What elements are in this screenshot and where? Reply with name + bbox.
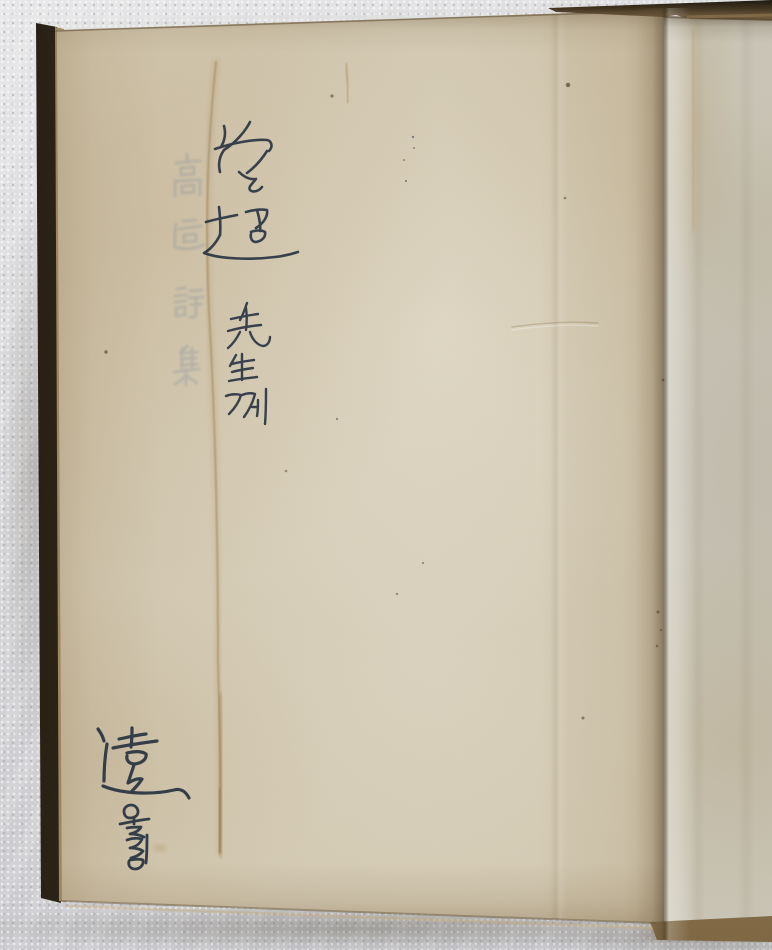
stroke xyxy=(177,288,185,289)
speck xyxy=(662,379,665,382)
stroke xyxy=(181,364,197,365)
speck xyxy=(104,350,107,353)
stain-smudge xyxy=(153,844,167,852)
speck xyxy=(564,197,567,200)
speck xyxy=(660,629,662,631)
stroke xyxy=(265,389,266,424)
stroke xyxy=(175,295,186,296)
ink-dot xyxy=(336,418,338,420)
speck xyxy=(396,593,398,595)
stroke xyxy=(181,352,197,353)
stain-streak-core xyxy=(219,790,220,852)
ink-dot xyxy=(413,147,415,149)
speck xyxy=(582,717,585,720)
speck xyxy=(657,611,660,614)
speck xyxy=(656,645,659,648)
speck xyxy=(285,470,288,473)
stroke xyxy=(146,835,147,863)
stroke xyxy=(175,301,186,302)
stain-streak-right-page xyxy=(692,30,694,228)
stroke xyxy=(190,290,202,291)
paper-grain-texture xyxy=(0,0,772,950)
book-photo: 空超 先生께 遠 올림 高遠詩集 xyxy=(0,0,772,950)
stroke xyxy=(175,224,176,247)
photo-detail-overlay xyxy=(0,0,772,950)
stroke xyxy=(183,220,196,221)
stroke xyxy=(219,207,220,235)
top-fore-edge-sliver xyxy=(688,15,772,17)
ink-dot xyxy=(405,180,407,182)
ink-dot xyxy=(403,159,405,161)
speck xyxy=(330,94,333,97)
speck xyxy=(566,83,570,87)
stroke xyxy=(181,358,196,359)
speck xyxy=(422,562,424,564)
stroke xyxy=(257,400,258,416)
ink-dot xyxy=(412,136,414,138)
